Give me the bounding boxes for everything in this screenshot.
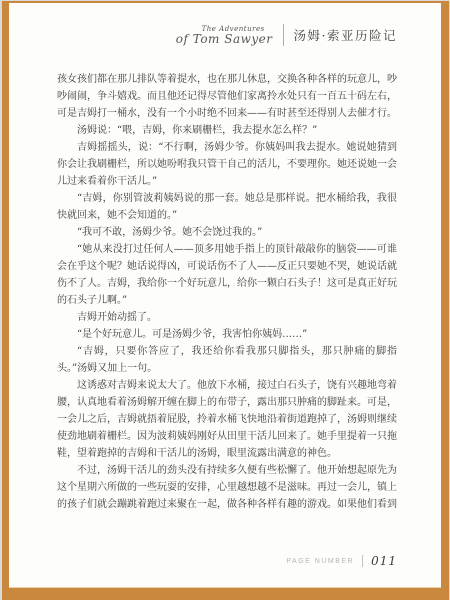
page-number-value: 011	[371, 554, 397, 568]
paragraph: 这诱惑对吉姆来说太大了。他放下水桶，接过白石头子，饶有兴趣地弯着腰，认真地看着汤…	[57, 377, 397, 462]
paragraph: 不过，汤姆干活儿的劲头没有持续多久便有些松懈了。他开始想起原先为这个星期六所做的…	[57, 462, 397, 513]
paragraph: 吉姆开始动摇了。	[57, 309, 397, 326]
paragraph: “吉姆，只要你答应了，我还给你看我那只脚指头，那只肿痛的脚指头。”汤姆又加上一句…	[57, 343, 397, 377]
page-footer: PAGE NUMBER 011	[286, 554, 397, 568]
page-body: 孩女孩们都在那儿排队等着提水，也在那儿休息，交换各种各样的玩意儿，吵吵闹闹，争斗…	[57, 71, 397, 513]
paragraph: “是个好玩意儿。可是汤姆少爷，我害怕你姨妈……”	[57, 326, 397, 343]
header-divider	[283, 24, 284, 46]
paragraph: 孩女孩们都在那儿排队等着提水，也在那儿休息，交换各种各样的玩意儿，吵吵闹闹，争斗…	[57, 71, 397, 122]
paragraph: “我可不敢，汤姆少爷。她不会饶过我的。”	[57, 224, 397, 241]
paragraph: “她从来没打过任何人——顶多用她手指上的顶针敲敲你的脑袋——可谁会在乎这个呢？她…	[57, 241, 397, 309]
book-page: The Adventures of Tom Sawyer 汤姆·索亚历险记 孩女…	[9, 3, 441, 587]
reader-background: The Adventures of Tom Sawyer 汤姆·索亚历险记 孩女…	[0, 0, 450, 600]
paragraph: 吉姆摇摇头，说：“不行啊，汤姆少爷。你姨妈叫我去提水。她说她猜到你会让我刷栅栏，…	[57, 139, 397, 190]
footer-divider	[362, 555, 363, 567]
book-title-english: The Adventures of Tom Sawyer	[176, 25, 273, 46]
book-page-frame: The Adventures of Tom Sawyer 汤姆·索亚历险记 孩女…	[2, 1, 449, 600]
paragraph: “吉姆，你别管波莉姨妈说的那一套。她总是那样说。把水桶给我，我很快就回来，她不会…	[57, 190, 397, 224]
paragraph: 汤姆说：“喂，吉姆，你来刷栅栏，我去提水怎么样？”	[57, 122, 397, 139]
book-title-english-line2: of Tom Sawyer	[176, 32, 273, 46]
page-number-label: PAGE NUMBER	[286, 558, 354, 565]
book-title-chinese: 汤姆·索亚历险记	[294, 26, 397, 44]
page-header: The Adventures of Tom Sawyer 汤姆·索亚历险记	[57, 3, 397, 46]
